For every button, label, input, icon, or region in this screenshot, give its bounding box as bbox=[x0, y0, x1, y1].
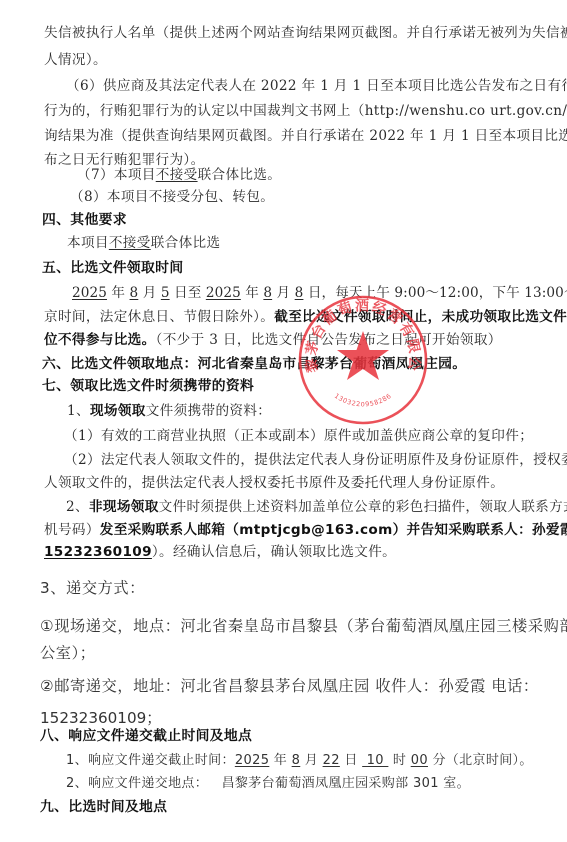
text: 分（北京时间）。 bbox=[428, 753, 533, 768]
paragraph-line: 位不得参与比选。（不少于 3 日，比选文件自公告发布之日起可开始领取） bbox=[44, 330, 520, 350]
bold-text: 发至采购联系人邮箱（mtptjcgb@163.com）并告知采购联系人：孙爱霞（… bbox=[100, 522, 567, 538]
text: 2、 bbox=[66, 499, 89, 515]
text: （7）本项目 bbox=[77, 167, 156, 183]
date-year: 2025 bbox=[206, 285, 241, 301]
paragraph-line: 行为的，行贿犯罪行为的认定以中国裁判文书网上（http://wenshu.co … bbox=[44, 101, 520, 121]
paragraph-line: 失信被执行人名单（提供上述两个网站查询结果网页截图。并自行承诺无被列为失信被执行 bbox=[44, 23, 520, 43]
paragraph-line: 人领取文件的，提供法定代表人授权委托书原件及委托代理人身份证原件。 bbox=[44, 473, 520, 493]
text: 联合体比选。 bbox=[198, 167, 282, 183]
contact-phone: 15232360109 bbox=[44, 544, 152, 560]
text: 联合体比选 bbox=[151, 235, 221, 251]
deadline-minute: 00 bbox=[411, 753, 428, 768]
section-7-item-1-2: （2）法定代表人领取文件的，提供法定代表人身份证明原件及身份证原件，授权委托 bbox=[64, 450, 540, 470]
text: 文件须携带的资料： bbox=[146, 403, 272, 419]
text: 年 bbox=[241, 285, 264, 301]
date-month: 8 bbox=[263, 285, 272, 301]
text: 日至 bbox=[170, 285, 206, 301]
text: 月 bbox=[300, 753, 322, 768]
paragraph-line: 15232360109）。经确认信息后，确认领取比选文件。 bbox=[44, 542, 520, 562]
section-7-item-2: 2、非现场领取文件时须提供上述资料加盖单位公章的彩色扫描件，领取人联系方式（手 bbox=[66, 497, 542, 517]
text: 年 bbox=[107, 285, 130, 301]
text: 机号码） bbox=[44, 522, 100, 538]
underlined-text: 不接受 bbox=[109, 235, 151, 251]
underlined-text: 不接受 bbox=[156, 167, 198, 183]
bold-text: 非现场领取 bbox=[89, 499, 159, 515]
section-heading-4: 四、其他要求 bbox=[42, 210, 518, 230]
text: 月 bbox=[272, 285, 295, 301]
date-month: 8 bbox=[130, 285, 139, 301]
section-4-body: 本项目不接受联合体比选 bbox=[67, 233, 543, 253]
section-heading-5: 五、比选文件领取时间 bbox=[42, 258, 518, 278]
text: 月 bbox=[138, 285, 161, 301]
paragraph-line: 公室）； bbox=[40, 643, 516, 663]
section-7-item-1: 1、现场领取文件须携带的资料： bbox=[67, 401, 543, 421]
text: 1、 bbox=[67, 403, 90, 419]
deadline-month: 8 bbox=[292, 753, 301, 768]
submission-phone: 15232360109； bbox=[40, 708, 516, 728]
paragraph-line: 人情况）。 bbox=[44, 50, 520, 70]
document-page: 失信被执行人名单（提供上述两个网站查询结果网页截图。并自行承诺无被列为失信被执行… bbox=[0, 0, 567, 842]
text: 1、响应文件递交截止时间： bbox=[66, 753, 235, 768]
text: 日，每天上午 9:00～12:00，下午 13:00～17:00（北 bbox=[303, 285, 567, 301]
deadline-line: 1、响应文件递交截止时间：2025 年 8 月 22 日 10 时 00 分（北… bbox=[66, 751, 542, 771]
text: 年 bbox=[269, 753, 291, 768]
submission-heading: 3、递交方式： bbox=[40, 578, 516, 598]
paragraph-line: 机号码）发至采购联系人邮箱（mtptjcgb@163.com）并告知采购联系人：… bbox=[44, 520, 520, 540]
pickup-period-line: 2025 年 8 月 5 日至 2025 年 8 月 8 日，每天上午 9:00… bbox=[72, 283, 548, 303]
section-7-item-1-1: （1）有效的工商营业执照（正本或副本）原件或加盖供应商公章的复印件； bbox=[64, 426, 540, 446]
text: 文件时须提供上述资料加盖单位公章的彩色扫描件，领取人联系方式（手 bbox=[159, 499, 567, 515]
requirement-item-6: （6）供应商及其法定代表人在 2022 年 1 月 1 日至本项目比选公告发布之… bbox=[66, 76, 542, 96]
deadline-hour: 10 bbox=[362, 753, 388, 768]
text: 时 bbox=[388, 753, 410, 768]
text: 京时间，法定休息日、节假日除外）。 bbox=[44, 309, 274, 325]
bold-text: 截至比选文件领取时间止，未成功领取比选文件的单 bbox=[274, 309, 567, 325]
paragraph-line: 询结果为准（提供查询结果网页截图。并自行承诺在 2022 年 1 月 1 日至本… bbox=[44, 126, 520, 146]
deadline-year: 2025 bbox=[235, 753, 269, 768]
section-heading-7: 七、领取比选文件时须携带的资料 bbox=[42, 376, 518, 396]
section-heading-6: 六、比选文件领取地点：河北省秦皇岛市昌黎茅台葡萄酒凤凰庄园。 bbox=[42, 354, 518, 374]
paragraph-line: 京时间，法定休息日、节假日除外）。截至比选文件领取时间止，未成功领取比选文件的单 bbox=[44, 307, 520, 327]
date-year: 2025 bbox=[72, 285, 107, 301]
bold-text: 现场领取 bbox=[90, 403, 146, 419]
requirement-item-7: （7）本项目不接受联合体比选。 bbox=[77, 165, 553, 185]
text: ）。经确认信息后，确认领取比选文件。 bbox=[152, 544, 396, 560]
submission-mail: ②邮寄递交，地址：河北省昌黎县茅台凤凰庄园 收件人：孙爱霞 电话： bbox=[40, 676, 516, 696]
text: 日 bbox=[340, 753, 362, 768]
submission-onsite: ①现场递交，地点：河北省秦皇岛市昌黎县（茅台葡萄酒凤凰庄园三楼采购部办 bbox=[40, 616, 516, 636]
text: （不少于 3 日，比选文件自公告发布之日起可开始领取） bbox=[156, 332, 502, 348]
deadline-day: 22 bbox=[323, 753, 340, 768]
section-heading-9: 九、比选时间及地点 bbox=[40, 797, 516, 817]
requirement-item-8: （8）本项目不接受分包、转包。 bbox=[70, 187, 546, 207]
submission-location-line: 2、响应文件递交地点： 昌黎茅台葡萄酒凤凰庄园采购部 301 室。 bbox=[66, 774, 542, 794]
section-heading-8: 八、响应文件递交截止时间及地点 bbox=[40, 726, 516, 746]
text: 本项目 bbox=[67, 235, 109, 251]
bold-text: 位不得参与比选。 bbox=[44, 332, 156, 348]
date-day: 5 bbox=[161, 285, 170, 301]
